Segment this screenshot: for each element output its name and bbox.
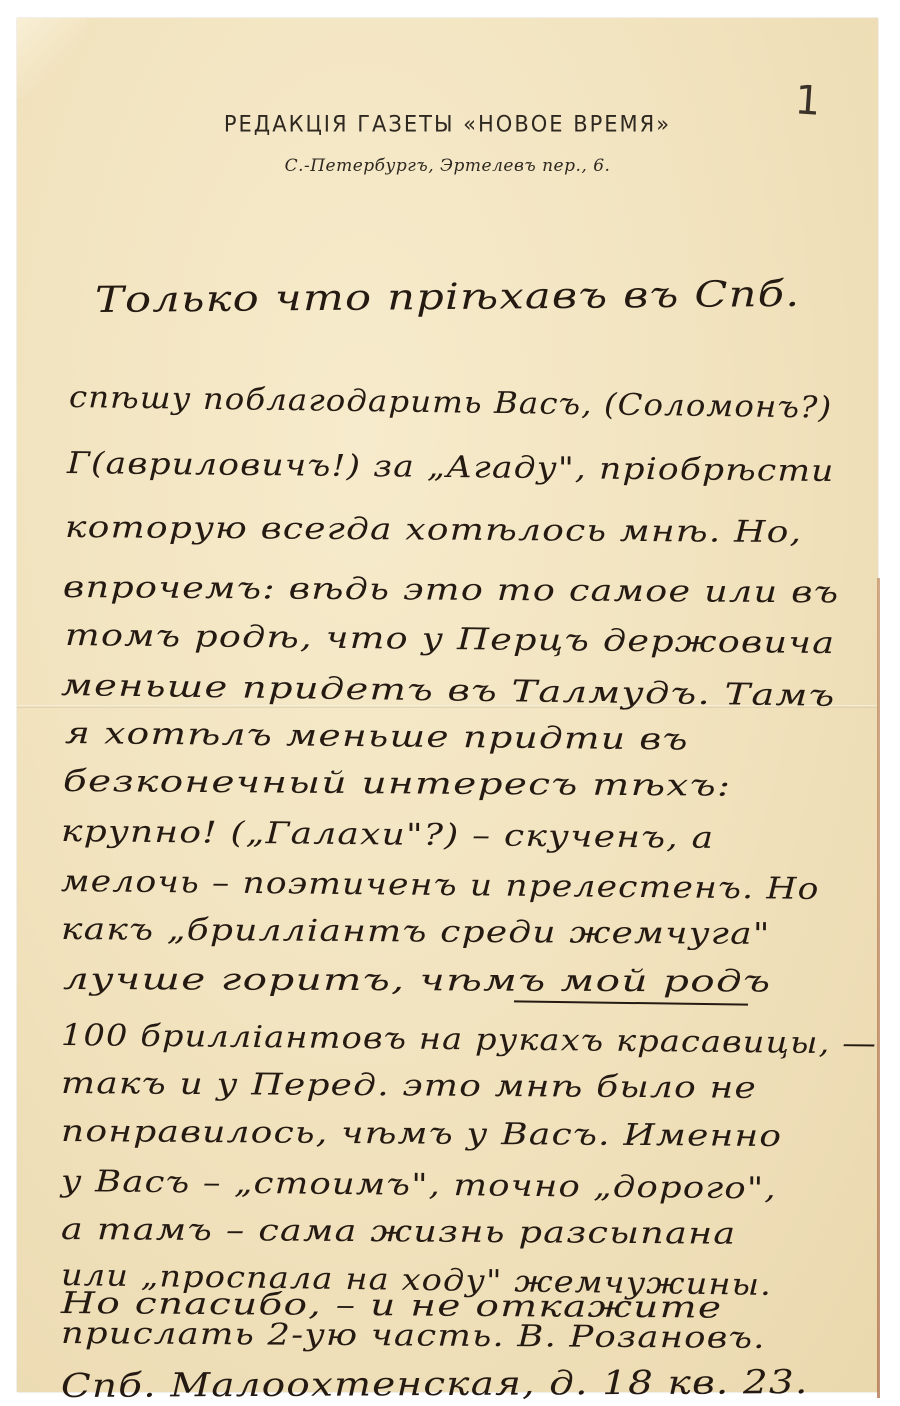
handwritten-line: томъ родѣ, что у Перцъ держовича — [65, 618, 836, 661]
handwritten-line: безконечный интересъ тѣхъ: — [63, 764, 732, 804]
handwritten-line: лучше горитъ, чѣмъ мой родъ — [63, 962, 772, 999]
letterhead-address: С.-Петербургъ, Эртелевъ пер., 6. — [17, 156, 878, 176]
handwritten-line: какъ „бриллiантъ среди жемчуга" — [61, 912, 771, 952]
handwritten-line: понравилось, чѣмъ у Васъ. Именно — [61, 1114, 782, 1154]
handwritten-line: а тамъ – сама жизнь разсыпана — [61, 1212, 737, 1252]
handwritten-line: 100 бриллiантовъ на рукахъ красавицы, — — [61, 1018, 877, 1062]
handwritten-line: впрочемъ: вѣдь это то самое или въ — [63, 570, 840, 610]
handwritten-line: я хотѣлъ меньше придти въ — [65, 716, 689, 758]
handwritten-line: Только что пріѣхавъ въ Спб. — [95, 274, 801, 321]
handwritten-line: крупно! („Галахи"?) – скученъ, а — [61, 814, 715, 856]
underline-stroke — [514, 1000, 748, 1005]
handwritten-line: у Васъ – „стоимъ", точно „дорого", — [61, 1164, 777, 1206]
handwritten-line: которую всегда хотѣлось мнѣ. Но, — [65, 510, 802, 550]
handwritten-line: такъ и у Перед. это мнѣ было не — [61, 1066, 757, 1106]
handwritten-line: Г(авриловичъ!) за „Агаду", пріобрѣсти — [67, 446, 835, 489]
handwritten-text: лучше горитъ, чѣмъ мой родъ — [63, 962, 772, 999]
letter-paper: 1 РЕДАКЦІЯ ГАЗЕТЫ «НОВОЕ ВРЕМЯ» С.-Петер… — [17, 18, 878, 1392]
handwritten-address-line: Спб. Малоохтенская, д. 18 кв. 23. — [61, 1362, 809, 1405]
letterhead-title: РЕДАКЦІЯ ГАЗЕТЫ «НОВОЕ ВРЕМЯ» — [17, 111, 878, 136]
handwritten-line: спѣшу поблагодарить Васъ, (Соломонъ?) — [69, 380, 833, 426]
handwritten-line: мелочь – поэтиченъ и прелестенъ. Но — [61, 864, 820, 907]
handwritten-signature-line: прислать 2-ую часть. В. Розановъ. — [61, 1316, 766, 1356]
